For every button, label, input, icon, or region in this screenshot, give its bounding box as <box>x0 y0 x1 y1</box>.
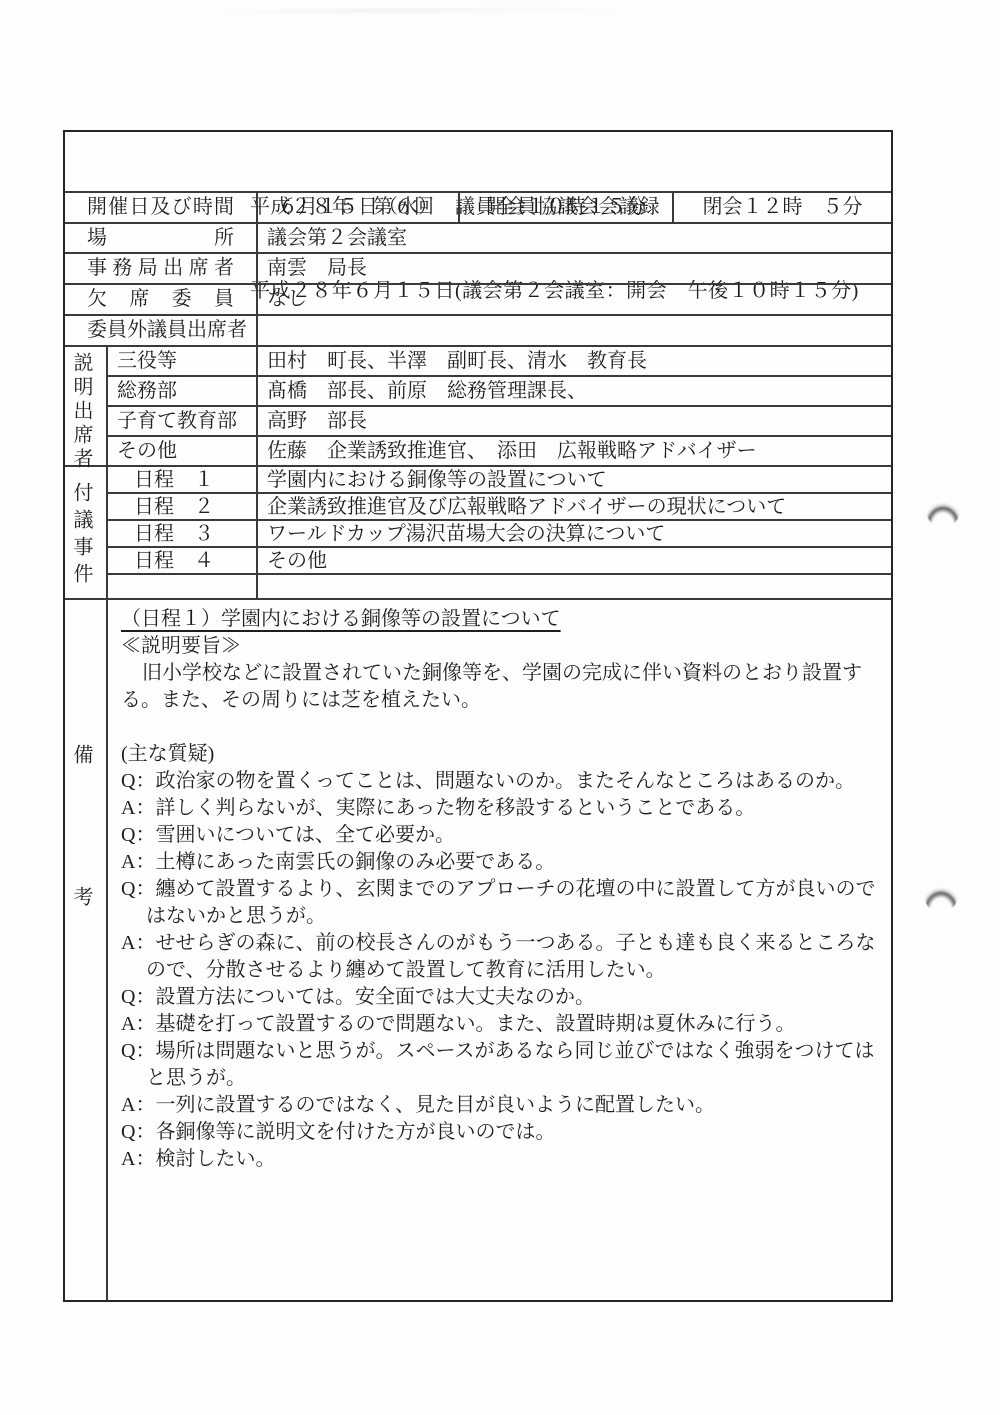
agenda-item-title: その他 <box>258 548 891 573</box>
minutes-table: 平成２８年 第６回 議員全員協議会会議録 平成２８年６月１５日(議会第２会議室：… <box>63 130 893 1302</box>
remarks-body: （日程１）学園内における銅像等の設置について ≪説明要旨≫ 旧小学校などに設置さ… <box>108 600 891 1300</box>
table-row: 日程 ２ 企業誘致推進官及び広報戦略アドバイザーの現状について <box>108 494 891 521</box>
table-row: 三役等 田村 町長、半澤 副町長、清水 教育長 <box>108 347 891 377</box>
row-secretariat: 事務局出席者 南雲 局長 <box>65 254 891 285</box>
secretariat-label: 事務局出席者 <box>65 254 258 283</box>
agenda-item-number: 日程 １ <box>108 467 258 492</box>
remarks-line: A：土樽にあった南雲氏の銅像のみ必要である。 <box>121 849 885 876</box>
absent-value: なし <box>258 285 891 314</box>
scan-artifact-2 <box>925 884 957 912</box>
explainers-group-label: 説明出席者 <box>65 347 108 465</box>
agenda-item-number: 日程 ３ <box>108 521 258 546</box>
remarks-line: Q：雪囲いについては、全て必要か。 <box>121 822 885 849</box>
agenda-item-number: 日程 ２ <box>108 494 258 519</box>
agenda-empty-label <box>108 575 258 598</box>
remarks-line: A：検討したい。 <box>121 1146 885 1173</box>
absent-label: 欠席委員 <box>65 285 258 314</box>
explainer-names: 田村 町長、半澤 副町長、清水 教育長 <box>258 347 891 375</box>
group-remarks: 備考 （日程１）学園内における銅像等の設置について ≪説明要旨≫ 旧小学校などに… <box>65 600 891 1300</box>
nonmember-label: 委員外議員出席者 <box>65 316 258 345</box>
remarks-line: A：基礎を打って設置するので問題ない。また、設置時期は夏休みに行う。 <box>121 1011 885 1038</box>
remarks-heading: （日程１）学園内における銅像等の設置について <box>121 606 885 633</box>
secretariat-value: 南雲 局長 <box>258 254 891 283</box>
table-row: 子育て教育部 高野 部長 <box>108 407 891 437</box>
remarks-line: る。また、その周りには芝を植えたい。 <box>121 687 885 714</box>
agenda-item-number: 日程 ４ <box>108 548 258 573</box>
place-value: 議会第２会議室 <box>258 224 891 252</box>
schedule-label: 開催日及び時間 <box>65 193 258 222</box>
scanned-minutes-page: 平成２８年 第６回 議員全員協議会会議録 平成２８年６月１５日(議会第２会議室：… <box>0 0 1000 1415</box>
row-place: 場所 議会第２会議室 <box>65 224 891 254</box>
agenda-empty-row <box>108 575 891 598</box>
remarks-line: A：一列に設置するのではなく、見た目が良いように配置したい。 <box>121 1092 885 1119</box>
remarks-line: Q：設置方法については。安全面では大丈夫なのか。 <box>121 984 885 1011</box>
remarks-line: ≪説明要旨≫ <box>121 633 885 660</box>
explainer-category: 三役等 <box>108 347 258 375</box>
scan-artifact-1 <box>927 499 959 527</box>
explainer-category: 総務部 <box>108 377 258 405</box>
explainer-names: 高野 部長 <box>258 407 891 435</box>
remarks-line: Q：纏めて設置するより、玄関までのアプローチの花壇の中に設置して方が良いので <box>121 876 885 903</box>
remarks-blank-line <box>121 714 885 741</box>
title-row: 平成２８年 第６回 議員全員協議会会議録 平成２８年６月１５日(議会第２会議室：… <box>65 132 891 193</box>
explainers-rows: 三役等 田村 町長、半澤 副町長、清水 教育長 総務部 髙橋 部長、前原 総務管… <box>108 347 891 465</box>
schedule-close-time: 閉会１２時 ５分 <box>674 193 891 222</box>
agenda-item-title: ワールドカップ湯沢苗場大会の決算について <box>258 521 891 546</box>
remarks-line: と思うが。 <box>121 1065 885 1092</box>
nonmember-value <box>258 316 891 345</box>
remarks-line: (主な質疑) <box>121 741 885 768</box>
remarks-line: ので、分散させるより纏めて設置して教育に活用したい。 <box>121 957 885 984</box>
explainer-category: その他 <box>108 437 258 467</box>
explainer-names: 髙橋 部長、前原 総務管理課長、 <box>258 377 891 405</box>
table-row: 日程 １ 学園内における銅像等の設置について <box>108 467 891 494</box>
table-row: その他 佐藤 企業誘致推進官、 添田 広報戦略アドバイザー <box>108 437 891 467</box>
place-label: 場所 <box>65 224 258 252</box>
remarks-line: A：詳しく判らないが、実際にあった物を移設するということである。 <box>121 795 885 822</box>
scan-streak <box>210 7 630 15</box>
remarks-line: Q：政治家の物を置くってことは、問題ないのか。またそんなところはあるのか。 <box>121 768 885 795</box>
table-row: 総務部 髙橋 部長、前原 総務管理課長、 <box>108 377 891 407</box>
remarks-group-label: 備考 <box>65 600 108 1300</box>
table-row: 日程 ３ ワールドカップ湯沢苗場大会の決算について <box>108 521 891 548</box>
agenda-group-label: 付議事件 <box>65 467 108 598</box>
remarks-line: はないかと思うが。 <box>121 903 885 930</box>
row-absent-members: 欠席委員 なし <box>65 285 891 316</box>
agenda-item-title: 企業誘致推進官及び広報戦略アドバイザーの現状について <box>258 494 891 519</box>
agenda-empty-value <box>258 575 891 598</box>
row-schedule: 開催日及び時間 ６月１５日（水） 開会１０時１５分 閉会１２時 ５分 <box>65 193 891 224</box>
agenda-rows: 日程 １ 学園内における銅像等の設置について 日程 ２ 企業誘致推進官及び広報戦… <box>108 467 891 598</box>
remarks-line: 旧小学校などに設置されていた銅像等を、学園の完成に伴い資料のとおり設置す <box>121 660 885 687</box>
explainer-category: 子育て教育部 <box>108 407 258 435</box>
remarks-line: A：せせらぎの森に、前の校長さんのがもう一つある。子とも達も良く来るところな <box>121 930 885 957</box>
table-row: 日程 ４ その他 <box>108 548 891 575</box>
group-explainers: 説明出席者 三役等 田村 町長、半澤 副町長、清水 教育長 総務部 髙橋 部長、… <box>65 347 891 467</box>
group-agenda: 付議事件 日程 １ 学園内における銅像等の設置について 日程 ２ 企業誘致推進官… <box>65 467 891 600</box>
explainer-names: 佐藤 企業誘致推進官、 添田 広報戦略アドバイザー <box>258 437 891 467</box>
remarks-line: Q：各銅像等に説明文を付けた方が良いのでは。 <box>121 1119 885 1146</box>
remarks-line: Q：場所は問題ないと思うが。スペースがあるなら同じ並びではなく強弱をつけては <box>121 1038 885 1065</box>
schedule-date: ６月１５日（水） <box>258 193 460 222</box>
agenda-item-title: 学園内における銅像等の設置について <box>258 467 891 492</box>
row-nonmember-attendees: 委員外議員出席者 <box>65 316 891 347</box>
schedule-open-time: 開会１０時１５分 <box>460 193 674 222</box>
